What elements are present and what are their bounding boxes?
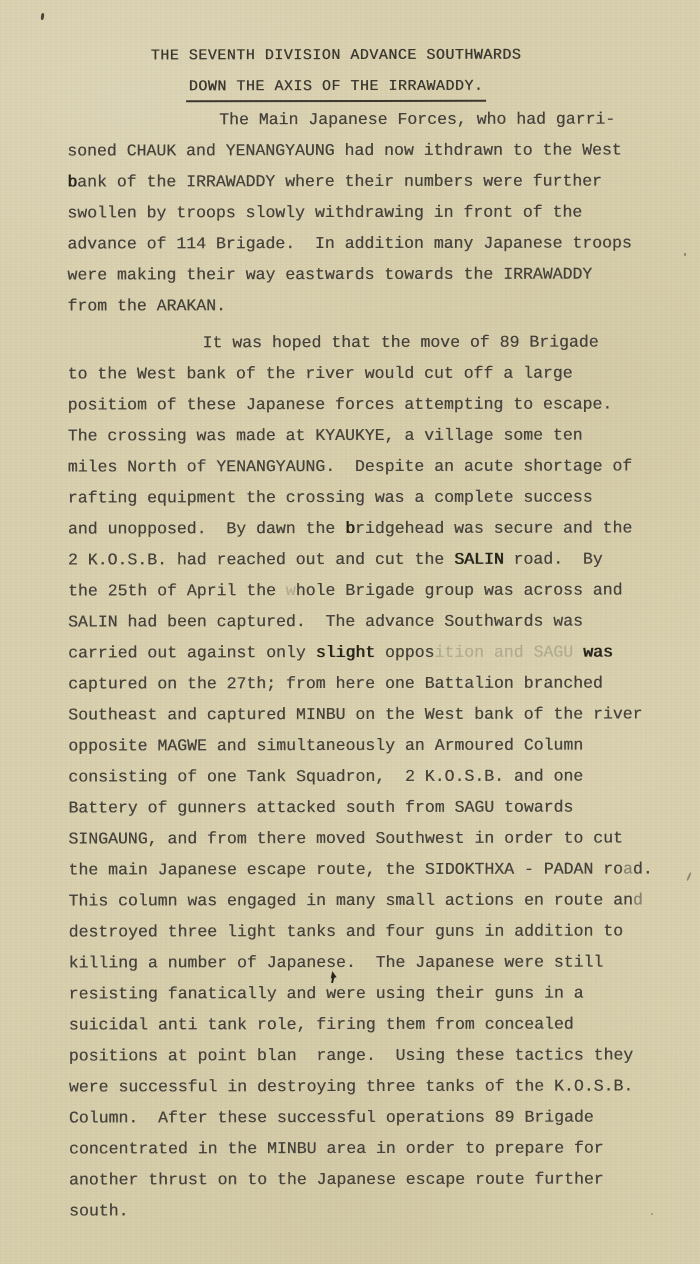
text-segment: Column. After these successful operation… <box>69 1108 594 1128</box>
text-segment: Southeast and captured MINBU on the West… <box>68 704 642 724</box>
text-segment: swollen by troops slowly withdrawing in … <box>67 203 582 223</box>
typewritten-document: THE SEVENTH DIVISION ADVANCE SOUTHWARDS … <box>0 0 700 1227</box>
text-line: south. <box>69 1194 700 1226</box>
text-line: and unopposed. By dawn the bridgehead wa… <box>68 512 700 544</box>
text-segment: SALIN had been captured. The advance Sou… <box>68 612 583 632</box>
text-segment: oppos <box>375 643 434 662</box>
text-line: opposite MAGWE and simultaneously an Arm… <box>68 729 700 761</box>
text-line: killing a number of Japanese. The Japane… <box>69 946 700 978</box>
text-line: the main Japanese escape route, the SIDO… <box>68 853 700 885</box>
text-segment: road. By <box>504 550 603 569</box>
text-line: advance of 114 Brigade. In addition many… <box>67 227 699 259</box>
text-line: from the ARAKAN. <box>67 289 699 321</box>
ink-speck <box>651 1213 653 1215</box>
text-segment: carried out against only <box>68 643 316 662</box>
text-segment: rafting equipment the crossing was a com… <box>68 488 593 508</box>
text-segment: was <box>583 643 613 662</box>
pen-mark-arrow-tail <box>331 975 335 983</box>
text-segment: b <box>345 519 355 538</box>
pen-mark-arrow <box>328 971 336 984</box>
text-line: the 25th of April the whole Brigade grou… <box>68 574 700 606</box>
text-segment: The Main Japanese Forces, who had garri- <box>219 110 615 130</box>
text-segment: a <box>623 860 633 879</box>
text-line: suicidal anti tank role, firing them fro… <box>69 1008 700 1040</box>
text-line: positions at point blan range. Using the… <box>69 1039 700 1071</box>
text-segment: It was hoped that the move of 89 Brigade <box>203 333 599 353</box>
text-segment: killing a number of Japanese. The Japane… <box>69 953 604 973</box>
text-line: The Main Japanese Forces, who had garri- <box>67 103 699 135</box>
text-segment: w <box>286 581 296 600</box>
text-segment: miles North of YENANGYAUNG. Despite an a… <box>68 457 632 477</box>
text-line: It was hoped that the move of 89 Brigade <box>68 326 700 358</box>
text-line: concentrated in the MINBU area in order … <box>69 1132 700 1164</box>
text-segment: opposite MAGWE and simultaneously an Arm… <box>68 736 583 756</box>
text-segment: to the West bank of the river would cut … <box>68 364 573 384</box>
document-body: The Main Japanese Forces, who had garri-… <box>0 103 700 1226</box>
text-segment: advance of 114 Brigade. In addition many… <box>67 234 631 254</box>
text-segment: ank of the IRRAWADDY where their numbers… <box>77 172 602 192</box>
text-segment: ridgehead was secure and the <box>355 519 632 538</box>
text-segment: were successful in destroying three tank… <box>69 1077 633 1097</box>
text-segment: 2 K.O.S.B. had reached out and cut the <box>68 550 454 570</box>
text-line: to the West bank of the river would cut … <box>68 357 700 389</box>
text-line: another thrust on to the Japanese escape… <box>69 1163 700 1195</box>
text-line: 2 K.O.S.B. had reached out and cut the S… <box>68 543 700 575</box>
text-segment: SINGAUNG, and from there moved Southwest… <box>68 829 623 849</box>
document-title-line2: DOWN THE AXIS OF THE IRRAWADDY. <box>186 73 487 103</box>
text-segment: the 25th of April the <box>68 581 286 600</box>
text-segment: concentrated in the MINBU area in order … <box>69 1139 604 1159</box>
text-segment: d <box>633 890 643 909</box>
text-segment: SALIN <box>454 550 504 569</box>
text-line: The crossing was made at KYAUKYE, a vill… <box>68 419 700 451</box>
document-title-block: THE SEVENTH DIVISION ADVANCE SOUTHWARDS … <box>0 0 686 103</box>
text-segment: The crossing was made at KYAUKYE, a vill… <box>68 426 583 446</box>
text-line: captured on the 27th; from here one Batt… <box>68 667 700 699</box>
text-line: miles North of YENANGYAUNG. Despite an a… <box>68 450 700 482</box>
text-segment: d. <box>633 859 653 878</box>
text-segment: were making their way eastwards towards … <box>67 265 592 285</box>
paragraph: The Main Japanese Forces, who had garri-… <box>67 103 699 321</box>
text-line: SINGAUNG, and from there moved Southwest… <box>68 822 700 854</box>
text-line: Column. After these successful operation… <box>69 1101 700 1133</box>
text-segment: Battery of gunners attacked south from S… <box>68 798 573 818</box>
text-segment: b <box>67 172 77 191</box>
document-title-line2-wrap: DOWN THE AXIS OF THE IRRAWADDY. <box>0 70 686 102</box>
text-line: were successful in destroying three tank… <box>69 1070 700 1102</box>
text-segment: another thrust on to the Japanese escape… <box>69 1170 604 1190</box>
text-line: consisting of one Tank Squadron, 2 K.O.S… <box>68 760 700 792</box>
text-segment: and unopposed. By dawn the <box>68 519 345 538</box>
text-segment: the main Japanese escape route, the SIDO… <box>68 860 623 880</box>
text-segment: from the ARAKAN. <box>67 296 225 315</box>
text-segment: south. <box>69 1201 128 1220</box>
text-line: bank of the IRRAWADDY where their number… <box>67 165 699 197</box>
text-line: rafting equipment the crossing was a com… <box>68 481 700 513</box>
text-line: were making their way eastwards towards … <box>67 258 699 290</box>
text-line: resisting fanatically and were using the… <box>69 977 700 1009</box>
text-line: Southeast and captured MINBU on the West… <box>68 698 700 730</box>
text-line: destroyed three light tanks and four gun… <box>69 915 700 947</box>
document-title-line1: THE SEVENTH DIVISION ADVANCE SOUTHWARDS <box>0 39 686 71</box>
text-segment: resisting fanatically and were using the… <box>69 984 584 1004</box>
text-segment: suicidal anti tank role, firing them fro… <box>69 1015 574 1035</box>
text-line: positiom of these Japanese forces attemp… <box>68 388 700 420</box>
ink-speck <box>684 253 686 256</box>
text-line: This column was engaged in many small ac… <box>68 884 700 916</box>
text-segment: destroyed three light tanks and four gun… <box>69 922 624 942</box>
text-line: soned CHAUK and YENANGYAUNG had now ithd… <box>67 134 699 166</box>
text-segment: positions at point blan range. Using the… <box>69 1046 633 1066</box>
text-segment: captured on the 27th; from here one Batt… <box>68 674 603 694</box>
text-segment: slight <box>316 643 375 662</box>
paragraph: It was hoped that the move of 89 Brigade… <box>68 326 700 1226</box>
scanned-document-page: THE SEVENTH DIVISION ADVANCE SOUTHWARDS … <box>0 0 700 1264</box>
text-segment: soned CHAUK and YENANGYAUNG had now ithd… <box>67 141 622 161</box>
text-segment: positiom of these Japanese forces attemp… <box>68 395 613 415</box>
text-segment: hole Brigade group was across and <box>296 581 623 601</box>
text-segment: ition and SAGU <box>434 643 583 662</box>
text-line: carried out against only slight oppositi… <box>68 636 700 668</box>
text-line: swollen by troops slowly withdrawing in … <box>67 196 699 228</box>
text-segment: This column was engaged in many small ac… <box>68 891 632 911</box>
text-segment: consisting of one Tank Squadron, 2 K.O.S… <box>68 767 583 787</box>
text-line: Battery of gunners attacked south from S… <box>68 791 700 823</box>
text-line: SALIN had been captured. The advance Sou… <box>68 605 700 637</box>
